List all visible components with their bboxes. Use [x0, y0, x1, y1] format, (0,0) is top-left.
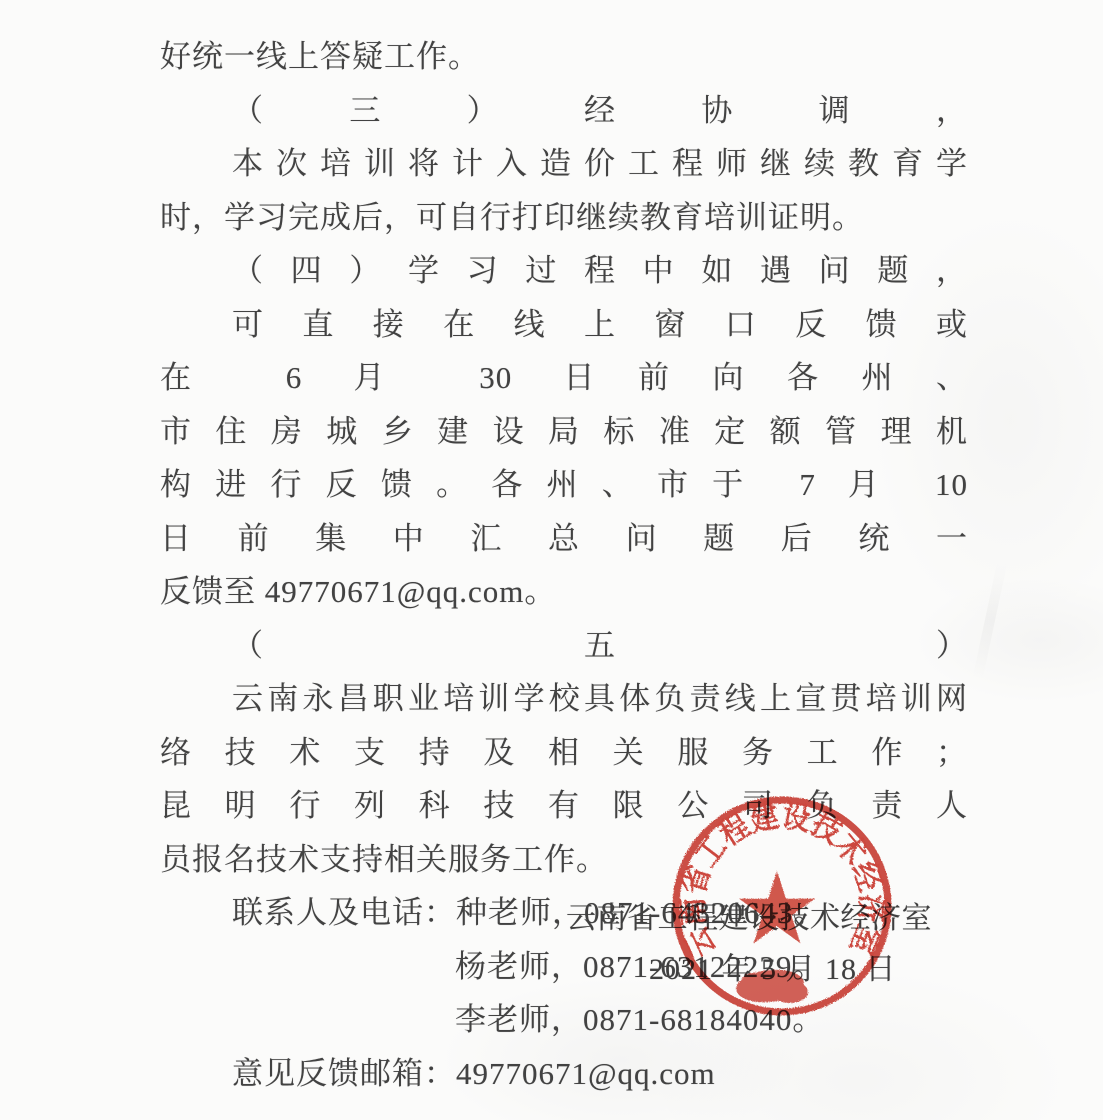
text-line: 反馈至 49770671@qq.com。 — [160, 565, 968, 619]
text-line: 构进行反馈。各州、市于 7 月 10 日前集中汇总问题后统一 — [160, 458, 968, 565]
seal-star-icon — [739, 871, 815, 943]
official-seal: 云南省工程建设技术经济室 — [662, 786, 902, 1026]
scan-artifact — [973, 560, 1008, 679]
text-line: 意见反馈邮箱：49770671@qq.com — [160, 1047, 968, 1101]
text-line: （三）经协调，本次培训将计入造价工程师继续教育学 — [160, 84, 968, 191]
text-line: （五）云南永昌职业培训学校具体负责线上宣贯培训网 — [160, 619, 968, 726]
seal-ring-text: 云南省工程建设技术经济室 — [673, 797, 890, 963]
scanned-document-page: 好统一线上答疑工作。（三）经协调，本次培训将计入造价工程师继续教育学时，学习完成… — [0, 0, 1103, 1120]
text-line: 好统一线上答疑工作。 — [160, 30, 968, 84]
seal-ink-smudge — [735, 967, 808, 1006]
text-line: 在 6 月 30 日前向各州、市住房城乡建设局标准定额管理机 — [160, 351, 968, 458]
text-line: 时，学习完成后，可自行打印继续教育培训证明。 — [160, 191, 968, 245]
text-line: （四）学习过程中如遇问题，可直接在线上窗口反馈或 — [160, 244, 968, 351]
